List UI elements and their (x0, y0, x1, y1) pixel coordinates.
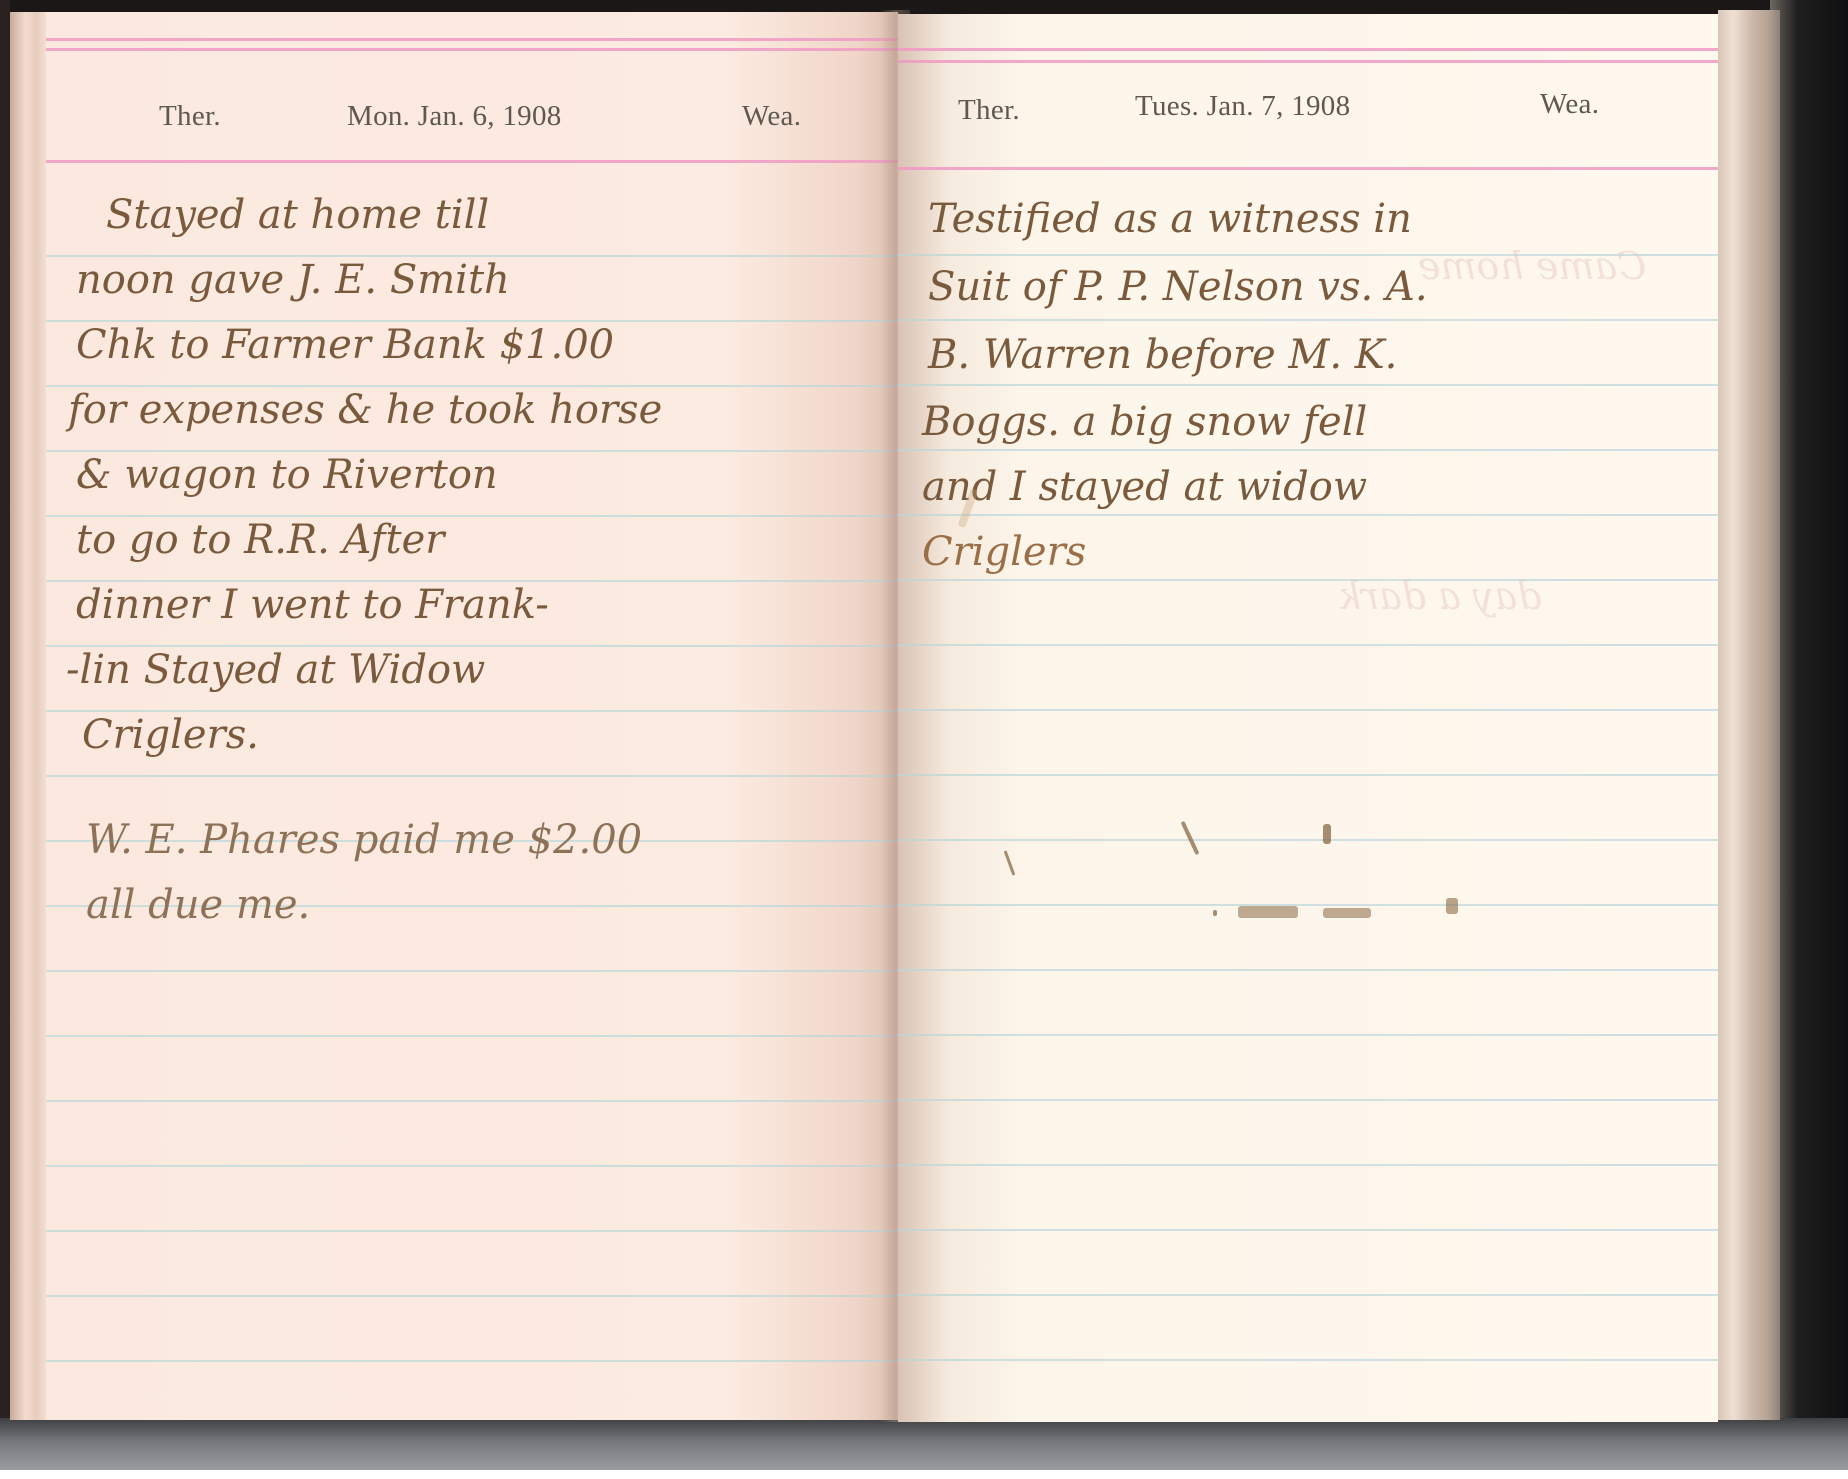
entry-line: -lin Stayed at Widow (66, 647, 485, 693)
blue-rule (898, 644, 1718, 646)
pink-rule (46, 38, 898, 41)
diary-page-right: Ther. Tues. Jan. 7, 1908 Wea. Came home … (898, 14, 1718, 1422)
thermometer-label: Ther. (159, 100, 221, 133)
blue-rule (46, 1295, 898, 1297)
pink-rule (898, 60, 1718, 63)
entry-line: Suit of P. P. Nelson vs. A. (928, 264, 1428, 310)
entry-line: Chk to Farmer Bank $1.00 (76, 322, 614, 368)
ink-stain (1181, 821, 1200, 855)
ink-bleed-through: day a dark (1338, 574, 1541, 618)
ink-stain (1446, 898, 1458, 914)
entry-line: W. E. Phares paid me $2.00 (86, 817, 642, 863)
entry-line: noon gave J. E. Smith (76, 257, 510, 303)
background-bottom (0, 1418, 1848, 1470)
weather-label: Wea. (1540, 88, 1599, 121)
blue-rule (898, 709, 1718, 711)
blue-rule (46, 1230, 898, 1232)
entry-line: Boggs. a big snow fell (922, 399, 1367, 445)
diary-page-left: Ther. Mon. Jan. 6, 1908 Wea. Stayed at h… (46, 12, 898, 1420)
pink-rule (46, 160, 898, 163)
blue-rule (898, 384, 1718, 386)
ink-stain (1323, 824, 1331, 844)
blue-rule (898, 319, 1718, 321)
blue-rule (898, 774, 1718, 776)
entry-line: for expenses & he took horse (68, 387, 662, 433)
entry-line: B. Warren before M. K. (928, 332, 1397, 378)
entry-line: Criglers. (82, 712, 259, 758)
blue-rule (898, 1034, 1718, 1036)
blue-rule (898, 1229, 1718, 1231)
blue-rule (898, 449, 1718, 451)
blue-rule (898, 839, 1718, 841)
blue-rule (898, 904, 1718, 906)
blue-rule (46, 1100, 898, 1102)
background-margin (0, 1470, 1848, 1479)
ink-stain (1213, 910, 1217, 916)
blue-rule (898, 969, 1718, 971)
blue-rule (46, 1035, 898, 1037)
blue-rule (46, 970, 898, 972)
pink-rule (898, 48, 1718, 51)
entry-line: all due me. (86, 882, 310, 928)
blue-rule (46, 1360, 898, 1362)
entry-line: and I stayed at widow (922, 464, 1367, 510)
background-right (1770, 0, 1848, 1440)
background-left (0, 0, 10, 1440)
blue-rule (898, 1359, 1718, 1361)
blue-rule (46, 1165, 898, 1167)
ink-stain (1238, 906, 1298, 918)
pink-rule (898, 167, 1718, 170)
blue-rule (898, 514, 1718, 516)
ink-bleed-through: Came home (1418, 244, 1646, 288)
page-date: Mon. Jan. 6, 1908 (347, 100, 562, 133)
thermometer-label: Ther. (958, 94, 1020, 127)
page-date: Tues. Jan. 7, 1908 (1135, 90, 1350, 123)
page-stack-edge-right (1718, 10, 1780, 1420)
entry-line: to go to R.R. After (76, 517, 444, 563)
pink-rule (46, 48, 898, 51)
blue-rule (898, 1099, 1718, 1101)
weather-label: Wea. (742, 100, 801, 133)
page-stack-edge-left (10, 12, 48, 1420)
entry-line: & wagon to Riverton (76, 452, 498, 498)
blue-rule (898, 1294, 1718, 1296)
entry-line: Stayed at home till (106, 192, 489, 238)
blue-rule (898, 1164, 1718, 1166)
blue-rule (46, 775, 898, 777)
entry-line: Criglers (922, 529, 1086, 575)
blue-rule (898, 579, 1718, 581)
ink-stain (1323, 908, 1371, 918)
entry-line: Testified as a witness in (928, 196, 1412, 242)
entry-line: dinner I went to Frank- (76, 582, 549, 628)
ink-stain (1004, 850, 1016, 875)
